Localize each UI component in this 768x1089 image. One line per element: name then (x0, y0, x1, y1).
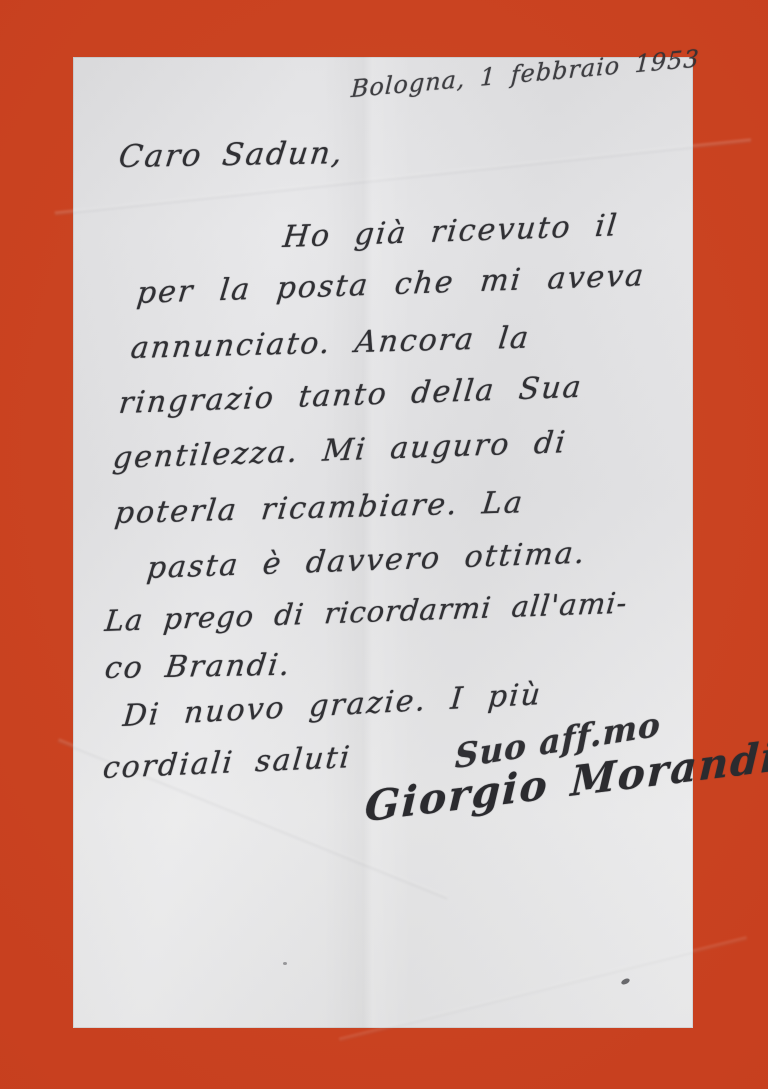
letter-body-line: ringrazio tanto della Sua (117, 370, 584, 421)
letter-body-line: gentilezza. Mi auguro di (111, 425, 569, 476)
letter-body-line: Ho già ricevuto il (281, 208, 620, 255)
ink-speck (620, 977, 630, 985)
letter-paper: Bologna, 1 febbraio 1953 Caro Sadun, Ho … (73, 57, 693, 1028)
letter-body-line: annunciato. Ancora la (129, 320, 532, 366)
letter-salutation: Caro Sadun, (117, 135, 346, 175)
letter-body-line: pasta è davvero ottima. (145, 536, 588, 586)
letter-body-line: La prego di ricordarmi all'ami- (103, 586, 629, 638)
paper-crease (339, 936, 747, 1041)
letter-body-line: per la posta che mi aveva (135, 258, 647, 311)
ink-speck (283, 962, 287, 965)
letter-body-line: co Brandi. (103, 648, 294, 686)
letter-closing-line: cordiali saluti (101, 740, 353, 786)
letter-body-line: poterla ricambiare. La (113, 485, 526, 531)
letter-closing-line: Di nuovo grazie. I più (121, 677, 543, 734)
